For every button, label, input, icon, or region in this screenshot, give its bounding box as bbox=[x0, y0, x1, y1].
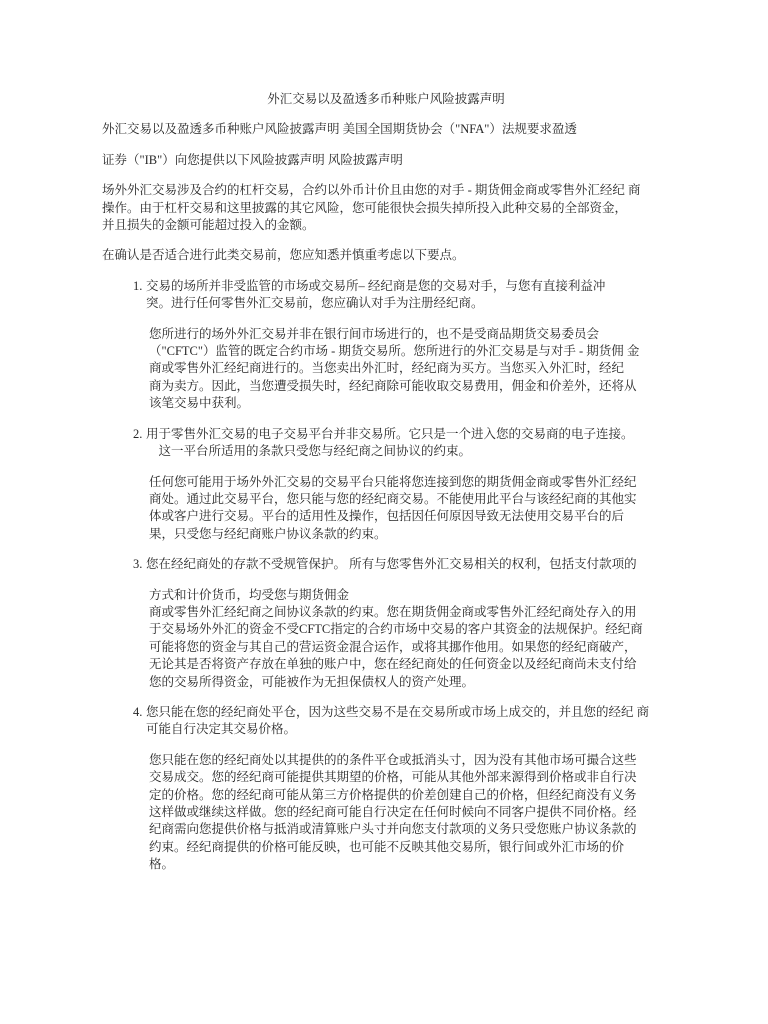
risk-point-1-heading-row: 1. 交易的场所并非受监管的市场或交易所– 经纪商是您的交易对手，与您有直接利益… bbox=[102, 278, 670, 313]
risk-point-3-number: 3. bbox=[133, 556, 142, 573]
risk-point-1-number: 1. bbox=[133, 278, 142, 295]
risk-point-1-body: 您所进行的场外外汇交易并非在银行间市场进行的，也不是受商品期货交易委员会 （"C… bbox=[102, 326, 670, 413]
pdf-page: 外汇交易以及盈透多币种账户风险披露声明 外汇交易以及盈透多币种账户风险披露声明 … bbox=[0, 0, 768, 1024]
subtitle-line-1: 外汇交易以及盈透多币种账户风险披露声明 美国全国期货协会（"NFA"）法规要求盈… bbox=[102, 121, 670, 138]
risk-point-1: 1. 交易的场所并非受监管的市场或交易所– 经纪商是您的交易对手，与您有直接利益… bbox=[102, 278, 670, 413]
risk-point-4-heading-row: 4. 您只能在您的经纪商处平仓，因为这些交易不是在交易所或市场上成交的，并且您的… bbox=[102, 704, 670, 739]
risk-point-4-body: 您只能在您的经纪商处以其提供的的条件平仓或抵消头寸，因为没有其他市场可撮合这些 … bbox=[102, 752, 670, 874]
risk-point-2-heading-row: 2. 用于零售外汇交易的电子交易平台并非交易所。它只是一个进入您的交易商的电子连… bbox=[102, 426, 670, 461]
risk-point-3-heading: 您在经纪商处的存款不受规管保护。 所有与您零售外汇交易相关的权利，包括支付款项的 bbox=[146, 557, 637, 571]
leverage-risk-paragraph: 场外外汇交易涉及合约的杠杆交易，合约以外币计价且由您的对手 - 期货佣金商或零售… bbox=[102, 182, 670, 234]
risk-point-4-number: 4. bbox=[133, 704, 142, 721]
consideration-intro: 在确认是否适合进行此类交易前，您应知悉并慎重考虑以下要点。 bbox=[102, 247, 670, 264]
risk-point-2-number: 2. bbox=[133, 426, 142, 443]
subtitle-line-2: 证券（"IB"）向您提供以下风险披露声明 风险披露声明 bbox=[102, 152, 670, 169]
risk-point-4-heading: 您只能在您的经纪商处平仓，因为这些交易不是在交易所或市场上成交的，并且您的经纪 … bbox=[146, 705, 649, 736]
risk-points-list: 1. 交易的场所并非受监管的市场或交易所– 经纪商是您的交易对手，与您有直接利益… bbox=[102, 278, 670, 874]
risk-point-3-body: 方式和计价货币，均受您与期货佣金 商或零售外汇经纪商之间协议条款的约束。您在期货… bbox=[102, 587, 670, 691]
document-title: 外汇交易以及盈透多币种账户风险披露声明 bbox=[102, 91, 670, 108]
risk-point-2-heading: 用于零售外汇交易的电子交易平台并非交易所。它只是一个进入您的交易商的电子连接。 … bbox=[146, 427, 634, 458]
risk-point-2-body: 任何您可能用于场外外汇交易的交易平台只能将您连接到您的期货佣金商或零售外汇经纪 … bbox=[102, 474, 670, 544]
risk-point-2: 2. 用于零售外汇交易的电子交易平台并非交易所。它只是一个进入您的交易商的电子连… bbox=[102, 426, 670, 543]
risk-point-1-heading: 交易的场所并非受监管的市场或交易所– 经纪商是您的交易对手，与您有直接利益冲 突… bbox=[146, 279, 605, 310]
risk-point-3: 3. 您在经纪商处的存款不受规管保护。 所有与您零售外汇交易相关的权利，包括支付… bbox=[102, 556, 670, 691]
risk-point-4: 4. 您只能在您的经纪商处平仓，因为这些交易不是在交易所或市场上成交的，并且您的… bbox=[102, 704, 670, 874]
risk-point-3-heading-row: 3. 您在经纪商处的存款不受规管保护。 所有与您零售外汇交易相关的权利，包括支付… bbox=[102, 556, 670, 573]
